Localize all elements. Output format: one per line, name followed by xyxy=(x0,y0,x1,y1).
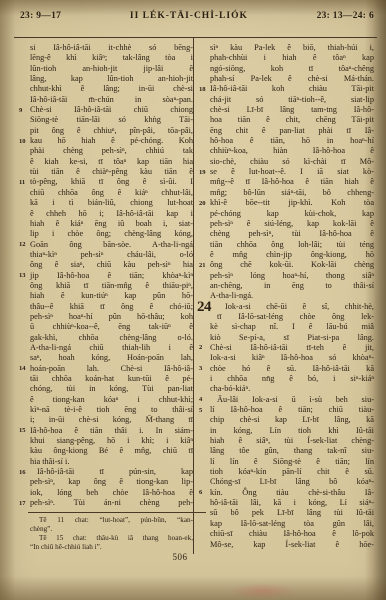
text-line: 20khì-ê bōe--tit jip-khì. Koh tòa xyxy=(210,198,374,208)
text-line: tiān chhōa ông loh-lâi; tùi téng xyxy=(210,240,374,250)
text-line: 16Iâ-hô-iâ-tāi tī pún-sin, kap xyxy=(30,467,193,477)
text-line: 19se ê lut-hoat--ê. I iā siat kò- xyxy=(210,167,374,177)
page-number: 506 xyxy=(0,552,360,562)
text-line: peh-sìⁿ, kap ông ê tiong-kan lip- xyxy=(30,477,193,487)
text-line: chá-jit só tiāⁿ-tioh--ê, siat-lip xyxy=(210,95,374,105)
verse-number: 12 xyxy=(19,240,26,250)
text-line: khui siang-pêng, hō i khì; i kiâⁿ xyxy=(30,436,193,446)
verse-number: 15 xyxy=(19,426,26,436)
text-line: ēng chit ê pan-liat phài tī Iâ- xyxy=(210,126,374,136)
text-line: i chhōa nn̄g ê bó, i siⁿ-kiáⁿ xyxy=(210,374,374,384)
footnote-line: Tē 11 chat: “lut-hoat”, pún-bûn, “kan- xyxy=(30,516,193,525)
text-line: lâng, kap lûn-tioh an-hioh-jit xyxy=(30,74,193,84)
text-line: saⁿ, hoah kóng, Hoán-poān lah, xyxy=(30,353,193,363)
running-header: 23: 9—17 II LÉK-TĀI-CHÌ-LIÓK 23: 13—24: … xyxy=(20,11,374,21)
footnote-line: Tē 15 chat: thâu-kù iā thang hoan-ek, xyxy=(30,534,193,543)
text-line: ê chheh hō i; Iâ-hô-iâ-tāi kap i xyxy=(30,209,193,219)
text-line: in kóng, Lín tioh khì Iû-tāi xyxy=(210,426,374,436)
text-line: peh-sìⁿ ê siú-léng, kap kok-lāi ê xyxy=(210,219,374,229)
text-line: chèng peh-sìⁿ, tùi Iâ-hô-hoa ê xyxy=(210,229,374,239)
text-line: Siōng-tè tiān-lāi só khǹg Tāi- xyxy=(30,115,193,125)
text-line: kiò Se-pí-a, sī Piat-si-pa lâng. xyxy=(210,333,374,343)
text-line: phah-sí Pa-lek ê chè-si Má-thán. xyxy=(210,74,374,84)
text-line: mn̂g--ê tī Iâ-hô-hoa ê tiān hiah ê xyxy=(210,177,374,187)
text-line: 24Iok-a-si chē-ūi ê sî, chhit-hè, xyxy=(210,302,374,312)
text-line: 2Chè-si Iâ-hô-iâ-tāi tī-teh ê jit, xyxy=(210,343,374,353)
right-text-column: sìⁿ kàu Pa-lek ê biō, thiah-húi i,phah-c… xyxy=(197,43,374,550)
left-text-column: si Iâ-hô-iâ-tāi it-chhè só bēng-lēng-ê k… xyxy=(17,43,193,552)
verse-number: 3 xyxy=(199,364,202,374)
column-divider xyxy=(193,38,194,554)
verse-number: 11 xyxy=(19,178,25,188)
text-line: sū bô pek Lī-bī lâng tùi Iû-tāi xyxy=(210,508,374,518)
text-line: 6kín. Ông tiàu chè-si-thâu Iâ- xyxy=(210,488,374,498)
verse-number: 16 xyxy=(19,468,26,478)
text-line: chiū chhōa ông ê kiáⁿ chhut-lâi, xyxy=(30,188,193,198)
header-verse-range-left: 23: 9—17 xyxy=(20,11,61,21)
text-line: an-chēng, in ēng to thâi-sí xyxy=(210,281,374,291)
footnote-line: chèng”. xyxy=(30,525,193,534)
text-line: chè-si Lī-bī lâng tam-tng Iâ-hô- xyxy=(210,105,374,115)
text-line: A-tha-li-ngá chiū thiah-lih i ê xyxy=(30,343,193,353)
text-line: thâu--ê khiā tī ông ê chó-iū; xyxy=(30,302,193,312)
text-line: 9Chè-si Iâ-hô-iâ-tāi chiū chiong xyxy=(30,105,193,115)
text-line: 3chòe hó ê sū. Iâ-hô-iâ-tāi kā xyxy=(210,364,374,374)
text-line: Iâ-hô-iâ-tāi m̄-chún in sòaⁿ-pan. xyxy=(30,95,193,105)
verse-number: 5 xyxy=(199,406,202,416)
text-line: 4Āu-lâi Iok-a-si ū ì-sù beh siu- xyxy=(210,395,374,405)
verse-number: 18 xyxy=(199,85,206,95)
text-line: 17peh-sìⁿ. Tùi án-ni chèng peh- xyxy=(30,498,193,508)
text-line: peh-sìⁿ lóng hoaⁿ-hí, thong siâⁿ xyxy=(210,271,374,281)
text-line: Iok-a-si kiâⁿ Iâ-hô-hoa só khòaⁿ- xyxy=(210,353,374,363)
text-line: ū chhiùⁿ-koa--ê, ēng tak-iūⁿ ê xyxy=(30,322,193,332)
text-line: hô-hoa ê tiān, hō in hoaⁿ-hí xyxy=(210,136,374,146)
verse-number: 13 xyxy=(19,271,26,281)
verse-number: 4 xyxy=(199,395,202,405)
text-line: lip i chòe ông; chèng-lâng kóng, xyxy=(30,229,193,239)
text-line: Mô-se, kap Í-sek-liat ê hōe- xyxy=(210,540,374,550)
text-line: pé-chóng kap kùi-chok, kap xyxy=(210,209,374,219)
text-line: 15Iâ-hô-hoa ê tiān thâi i. In siám- xyxy=(30,426,193,436)
verse-number: 20 xyxy=(199,199,206,209)
text-line: sìⁿ kàu Pa-lek ê biō, thiah-húi i, xyxy=(210,43,374,53)
text-line: ê mn̂g chìn-jip ông-kiong, hō xyxy=(210,250,374,260)
text-line: hiah ê kiáⁿ ēng iû boah i, siat- xyxy=(30,219,193,229)
verse-number: 14 xyxy=(19,364,26,374)
header-rule xyxy=(14,37,377,38)
text-line: lâng tôe gûn, thang tak-nî siu- xyxy=(210,446,374,456)
text-line: tāi chhōa koán-hat kun-tūi ê pé- xyxy=(30,374,193,384)
ink-stain xyxy=(228,583,298,599)
text-line: hiah ê siâⁿ, tùi Í-sek-liat chèng- xyxy=(210,436,374,446)
text-line: kàu ông-kiong Bé ê mn̂g, chiū tī xyxy=(30,446,193,456)
text-line: 11tò-pêng, khiā tī ông ê sì-ûi. I xyxy=(30,177,193,187)
verse-number: 21 xyxy=(199,261,206,271)
text-line: ông ê siaⁿ, chiū kàu peh-sìⁿ hia xyxy=(30,260,193,270)
text-line: peh-sìⁿ hoaⁿ-hí pûn hō-thâu; koh xyxy=(30,312,193,322)
text-line: ngó-siōng, koh tī tôaⁿ-chêng xyxy=(210,64,374,74)
text-line: phah-chhùi i hiah ê tôaⁿ kap xyxy=(210,53,374,63)
text-line: mn̂g; bô-lūn siáⁿ-tāi, bô chheng- xyxy=(210,188,374,198)
verse-number: 10 xyxy=(19,137,26,147)
text-line: lēng-ê khì kiâⁿ; tak-lâng tòa i xyxy=(30,53,193,63)
text-line: 12Goān ông bān-sòe. A-tha-li-ngá xyxy=(30,240,193,250)
footnote-rule xyxy=(28,512,206,513)
text-line: 10kau hō hiah ê pé-chóng. Koh xyxy=(30,136,193,146)
text-line: phài chèng peh-sìⁿ, chhiú tak xyxy=(30,146,193,156)
verse-number: 6 xyxy=(199,488,202,498)
text-line: pit ông ê chhiuⁿ, pîn-pâi, tōa-pâi, xyxy=(30,126,193,136)
verse-number: 17 xyxy=(19,499,26,509)
text-line: kā i tì bián-liû, chiong lut-hoat xyxy=(30,198,193,208)
text-line: 18Iâ-hô-iâ-tāi koh chiàu Tāi-pit xyxy=(210,84,374,94)
book-title: II LÉK-TĀI-CHÌ-LIÓK xyxy=(130,11,248,21)
text-line: Chóng-sī Lī-bī lâng bô kóaⁿ- xyxy=(210,477,374,487)
text-line: chiū-sī chiàu Iâ-hô-hoa ê lô-pok xyxy=(210,529,374,539)
text-line: i; in-ūi chè-si kóng, M̄-thang tī xyxy=(30,415,193,425)
text-line: tioh kóaⁿ-kín pān-lí chit ê sū. xyxy=(210,467,374,477)
text-line: chhiùⁿ-koa, hiàn Iâ-hô-hoa ê xyxy=(210,146,374,156)
text-line: lûn-tioh an-hioh-jit jip-lâi ê xyxy=(30,64,193,74)
text-line: chip chè-si kap Lī-bī lâng, kā xyxy=(210,415,374,425)
text-line: hiah ê kun-tiúⁿ kap pûn hō- xyxy=(30,291,193,301)
text-line: chhut-khì ê lâng; in-ūi chè-si xyxy=(30,84,193,94)
text-line: kè sì-chap nî. I ê lāu-bú miâ xyxy=(210,322,374,332)
verse-number: 19 xyxy=(199,168,206,178)
text-line: iok, lóng beh chòe Iâ-hô-hoa ê xyxy=(30,488,193,498)
header-verse-range-right: 23: 13—24: 6 xyxy=(317,11,374,21)
text-line: tī Iâ-lō-sat-léng chòe ông lek- xyxy=(210,312,374,322)
verse-number: 9 xyxy=(19,106,22,116)
text-line: ê kiah ke-si, tī tôaⁿ kap tiān hia xyxy=(30,157,193,167)
text-line: si Iâ-hô-iâ-tāi it-chhè só bēng- xyxy=(30,43,193,53)
book-page: 23: 9—17 II LÉK-TĀI-CHÌ-LIÓK 23: 13—24: … xyxy=(0,0,386,600)
text-line: 5lí Iâ-hô-hoa ê tiān; chiū tiàu- xyxy=(210,405,374,415)
text-line: hoa tiān ê chit, chēng Tāi-pit xyxy=(210,115,374,125)
text-line: cha-bó-kiáⁿ. xyxy=(210,384,374,394)
text-line: sio-chè, chiàu só kì-chài tī Mô- xyxy=(210,157,374,167)
text-line: gak-khì, chhōa chèng-lâng o-ló. xyxy=(30,333,193,343)
text-line: 13jip Iâ-hô-hoa ê tiān; khòaⁿ-kìⁿ xyxy=(30,271,193,281)
text-line: A-tha-li-ngá. xyxy=(210,291,374,301)
text-line: ông khiā tī tiān-mn̂g ê thiāu-piⁿ, xyxy=(30,281,193,291)
text-line: kìⁿ-nā tè-i-ê tioh ēng to thâi-sí xyxy=(30,405,193,415)
text-line: hô-iâ-tāi lâi, kā i kóng, Lí siáⁿ- xyxy=(210,498,374,508)
text-line: thiaⁿ-kìⁿ peh-sìⁿ cháu-lâi, o-ló xyxy=(30,250,193,260)
text-line: ê tiong-kan kóaⁿ i chhut-khì; xyxy=(30,395,193,405)
chapter-number: 24 xyxy=(197,302,211,312)
text-line: kap Iâ-lō-sat-léng tòa gûn lâi, xyxy=(210,519,374,529)
verse-number: 2 xyxy=(199,343,202,353)
text-line: 21ông chē kok-ūi. Kok-lāi chèng xyxy=(210,260,374,270)
text-line: tùi tiān ê chiàⁿ-pêng kàu tiān ê xyxy=(30,167,193,177)
text-line: chóng, tùi in kóng, Tùi pan-liat xyxy=(30,384,193,394)
text-line: hia thâi-sí i. xyxy=(30,457,193,467)
text-line: lí lín ê Siōng-tè ê tiān; lín xyxy=(210,457,374,467)
text-line: 14hoán-poān lah. Chè-si Iâ-hô-iâ- xyxy=(30,364,193,374)
